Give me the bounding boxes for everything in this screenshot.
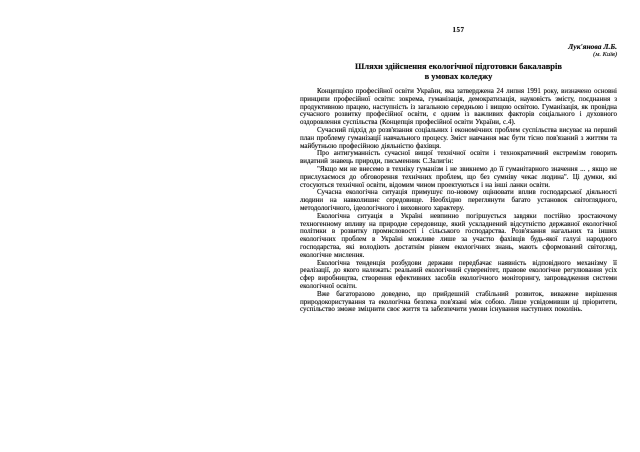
text-column: 157 Лук'янова Л.Б. (м. Київ) Шляхи здійс… (300, 26, 617, 314)
article-title-line2: в умовах коледжу (300, 71, 617, 81)
body-paragraph: Екологічна тенденція розбудови держави п… (300, 260, 617, 291)
author-block: Лук'янова Л.Б. (м. Київ) (300, 43, 617, 59)
body-paragraph: Про антигуманність сучасної вищої техніч… (300, 150, 617, 166)
body-paragraph: Сучасний підхід до розв'язання соціальни… (300, 127, 617, 150)
body-paragraph: Вже багаторазово доведено, що прийдешній… (300, 291, 617, 314)
article-title-line1: Шляхи здійснення екологічної підготовки … (300, 61, 617, 71)
body-paragraph: "Якщо ми не внесемо в техніку гуманізм і… (300, 166, 617, 189)
page-number: 157 (300, 26, 617, 34)
scanned-page: 157 Лук'янова Л.Б. (м. Київ) Шляхи здійс… (0, 0, 640, 452)
body-paragraph: Екологічна ситуація в Україні невпинно п… (300, 213, 617, 260)
article-title: Шляхи здійснення екологічної підготовки … (300, 61, 617, 81)
author-location: (м. Київ) (300, 51, 617, 59)
author-name: Лук'янова Л.Б. (300, 43, 617, 51)
article-body: Концепцією професійної освіти України, я… (300, 88, 617, 314)
body-paragraph: Сучасна екологічна ситуація примушує по-… (300, 189, 617, 212)
body-paragraph: Концепцією професійної освіти України, я… (300, 88, 617, 127)
